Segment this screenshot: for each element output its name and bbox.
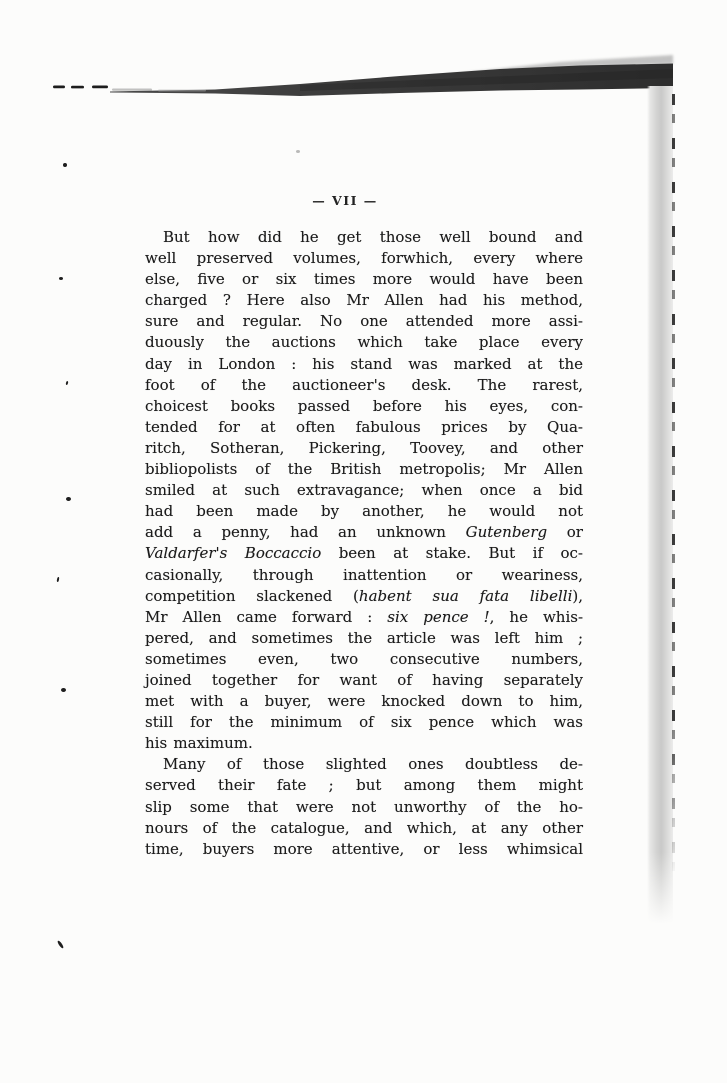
text-run: smiled at such extravagance; when once a… (145, 481, 583, 499)
text-line: add a penny, had an unknown Gutenberg or (145, 522, 583, 543)
text-line: pered, and sometimes the article was lef… (145, 628, 583, 649)
text-line: else, five or six times more would have … (145, 269, 583, 290)
scan-dash-faint (112, 89, 152, 91)
ink-speck (57, 577, 60, 582)
text-run: choicest books passed before his eyes, c… (145, 397, 583, 415)
text-line: But how did he get those well bound and (145, 227, 583, 248)
text-line: bibliopolists of the British metropolis;… (145, 459, 583, 480)
text-run: well preserved volumes, forwhich, every … (145, 249, 583, 267)
page-edge-curl (647, 86, 673, 932)
text-run: duously the auctions which take place ev… (145, 333, 583, 351)
text-run: his maximum. (145, 734, 253, 752)
ink-speck (59, 277, 63, 280)
scan-shadow-top-band (0, 0, 727, 120)
scan-shadow-soft-wedge (330, 55, 673, 87)
text-run: bibliopolists of the British metropolis;… (145, 460, 583, 478)
text-run: time, buyers more attentive, or less whi… (145, 840, 583, 858)
text-run: met with a buyer, were knocked down to h… (145, 692, 583, 710)
scan-dash (92, 86, 108, 89)
text-line: had been made by another, he would not (145, 501, 583, 522)
ink-speck (296, 150, 300, 153)
text-run: had been made by another, he would not (145, 502, 583, 520)
scan-shadow-streak (300, 69, 673, 91)
text-run: casionally, through inattention or weari… (145, 566, 583, 584)
scan-dash (53, 86, 65, 89)
page-number-header: — VII — (145, 193, 545, 208)
text-run: joined together for want of having separ… (145, 671, 583, 689)
text-line: choicest books passed before his eyes, c… (145, 396, 583, 417)
text-run: slip some that were not unworthy of the … (145, 798, 583, 816)
text-line: foot of the auctioneer's desk. The rares… (145, 375, 583, 396)
scanned-book-page: — VII — But how did he get those well bo… (0, 0, 727, 1083)
text-line: Many of those slighted ones doubtless de… (145, 754, 583, 775)
text-run-italic: Gutenberg (466, 523, 547, 541)
text-run: been at stake. But if oc- (321, 544, 583, 562)
text-run: tended for at often fabulous prices by Q… (145, 418, 583, 436)
text-run: still for the minimum of six pence which… (145, 713, 583, 731)
text-line: sometimes even, two consecutive numbers, (145, 649, 583, 670)
text-line: casionally, through inattention or weari… (145, 565, 583, 586)
text-line: met with a buyer, were knocked down to h… (145, 691, 583, 712)
scan-dash-faint (158, 90, 206, 92)
text-line: his maximum. (145, 733, 583, 754)
text-run: , he whis- (490, 608, 583, 626)
text-line: smiled at such extravagance; when once a… (145, 480, 583, 501)
text-line: nours of the catalogue, and which, at an… (145, 818, 583, 839)
text-run: ritch, Sotheran, Pickering, Toovey, and … (145, 439, 583, 457)
ink-speck (66, 497, 71, 501)
text-run: served their fate ; but among them might (145, 776, 583, 794)
scan-shadow-main-wedge (110, 64, 673, 97)
ink-speck (66, 381, 69, 385)
text-line: Valdarfer's Boccaccio been at stake. But… (145, 543, 583, 564)
text-run: competition slackened ( (145, 587, 359, 605)
text-run: foot of the auctioneer's desk. The rares… (145, 376, 583, 394)
text-run: ), (572, 587, 583, 605)
text-run-italic: habent sua fata libelli (359, 587, 572, 605)
text-line: competition slackened (habent sua fata l… (145, 586, 583, 607)
text-run: But how did he get those well bound and (163, 228, 583, 246)
text-line: ritch, Sotheran, Pickering, Toovey, and … (145, 438, 583, 459)
text-run: nours of the catalogue, and which, at an… (145, 819, 583, 837)
text-run-italic: Valdarfer's Boccaccio (145, 544, 321, 562)
text-run: pered, and sometimes the article was lef… (145, 629, 583, 647)
text-line: charged ? Here also Mr Allen had his met… (145, 290, 583, 311)
text-run: day in London : his stand was marked at … (145, 355, 583, 373)
page-edge-dashed-line (672, 94, 675, 880)
text-line: joined together for want of having separ… (145, 670, 583, 691)
text-line: sure and regular. No one attended more a… (145, 311, 583, 332)
text-line: Mr Allen came forward : six pence !, he … (145, 607, 583, 628)
text-run: charged ? Here also Mr Allen had his met… (145, 291, 583, 309)
page-text-block: But how did he get those well bound andw… (145, 227, 583, 860)
ink-speck (61, 688, 66, 692)
text-run: Mr Allen came forward : (145, 608, 387, 626)
text-line: tended for at often fabulous prices by Q… (145, 417, 583, 438)
ink-speck (63, 163, 67, 167)
scan-dash (71, 86, 84, 89)
text-line: time, buyers more attentive, or less whi… (145, 839, 583, 860)
text-line: day in London : his stand was marked at … (145, 354, 583, 375)
text-run: sometimes even, two consecutive numbers, (145, 650, 583, 668)
text-line: served their fate ; but among them might (145, 775, 583, 796)
text-line: well preserved volumes, forwhich, every … (145, 248, 583, 269)
text-run: sure and regular. No one attended more a… (145, 312, 583, 330)
text-line: duously the auctions which take place ev… (145, 332, 583, 353)
text-run: or (547, 523, 583, 541)
ink-speck (57, 940, 65, 949)
text-line: slip some that were not unworthy of the … (145, 797, 583, 818)
text-run: Many of those slighted ones doubtless de… (163, 755, 583, 773)
text-line: still for the minimum of six pence which… (145, 712, 583, 733)
text-run: add a penny, had an unknown (145, 523, 466, 541)
text-run: else, five or six times more would have … (145, 270, 583, 288)
text-run-italic: six pence ! (387, 608, 489, 626)
